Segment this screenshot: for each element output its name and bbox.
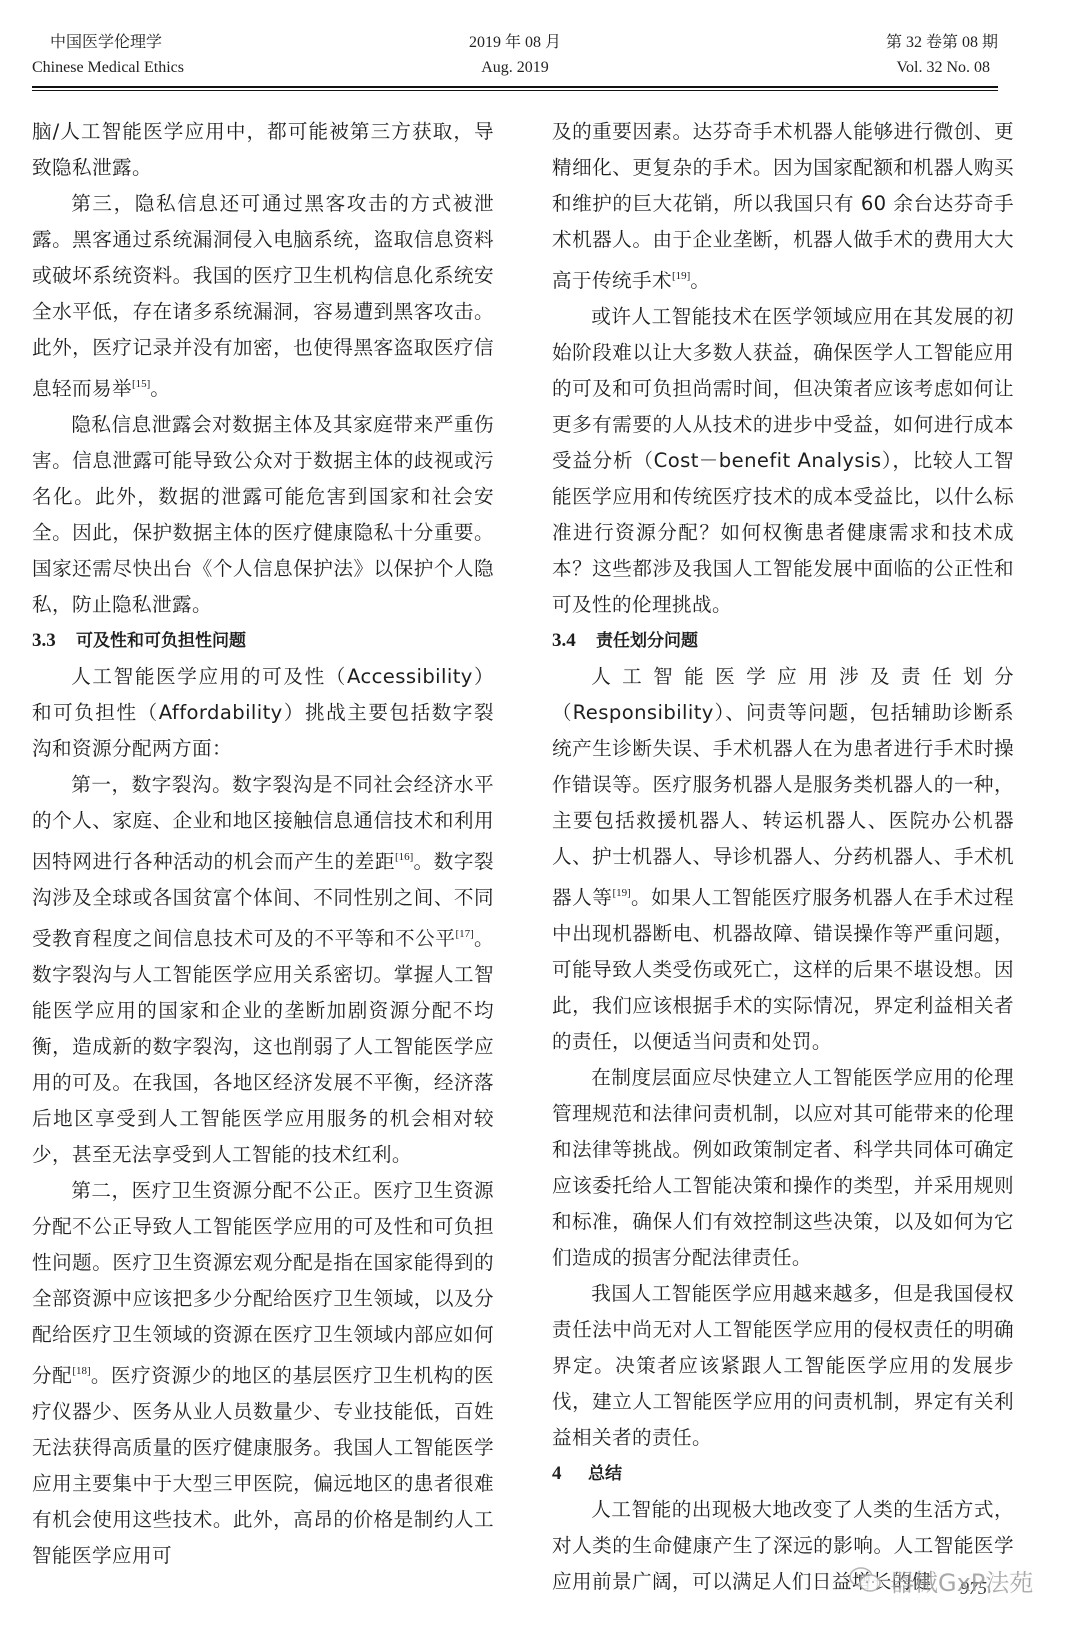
citation-ref[interactable]: [19] (672, 270, 690, 282)
wechat-icon (848, 1566, 882, 1594)
section-number: 3.4 (552, 623, 596, 659)
section-heading-4: 4总结 (552, 1456, 1014, 1492)
punctuation: 。 (690, 269, 710, 292)
paragraph: 隐私信息泄露会对数据主体及其家庭带来严重伤害。信息泄露可能导致公众对于数据主体的… (32, 407, 494, 623)
section-title: 责任划分问题 (596, 631, 698, 651)
header-rule-thin (32, 90, 998, 91)
paragraph-text: 人工智能医学应用涉及责任划分（Responsibility）、问责等问题，包括辅… (552, 665, 1014, 909)
paragraph-text: 。医疗资源少的地区的基层医疗卫生机构的医疗仪器少、医务从业人员数量少、专业技能低… (32, 1364, 494, 1567)
paragraph: 我国人工智能医学应用越来越多，但是我国侵权责任法中尚无对人工智能医学应用的侵权责… (552, 1276, 1014, 1456)
left-column: 脑/人工智能医学应用中，都可能被第三方获取，导致隐私泄露。 第三，隐私信息还可通… (32, 114, 494, 1574)
section-number: 4 (552, 1456, 588, 1492)
issue-date-en: Aug. 2019 (32, 55, 998, 80)
citation-ref[interactable]: [18] (72, 1365, 90, 1377)
right-column: 及的重要因素。达芬奇手术机器人能够进行微创、更精细化、更复杂的手术。因为国家配额… (552, 114, 1014, 1600)
paragraph: 人工智能医学应用的可及性（Accessibility）和可负担性（Afforda… (32, 659, 494, 767)
watermark: 器械GxP法苑 (848, 1560, 1033, 1600)
citation-ref[interactable]: [15] (132, 378, 150, 390)
volume-issue-en: Vol. 32 No. 08 (886, 55, 998, 80)
paragraph: 第一，数字裂沟。数字裂沟是不同社会经济水平的个人、家庭、企业和地区接触信息通信技… (32, 767, 494, 1173)
section-heading-3-4: 3.4责任划分问题 (552, 623, 1014, 659)
running-header: 中国医学伦理学 Chinese Medical Ethics 2019 年 08… (32, 30, 998, 88)
section-heading-3-3: 3.3可及性和可负担性问题 (32, 623, 494, 659)
paragraph-text: 及的重要因素。达芬奇手术机器人能够进行微创、更精细化、更复杂的手术。因为国家配额… (552, 120, 1014, 292)
volume-issue-cn: 第 32 卷第 08 期 (886, 30, 998, 55)
citation-ref[interactable]: [19] (613, 887, 631, 899)
paragraph: 第三，隐私信息还可通过黑客攻击的方式被泄露。黑客通过系统漏洞侵入电脑系统，盗取信… (32, 186, 494, 407)
header-rule-thick (32, 86, 998, 88)
citation-ref[interactable]: [17] (456, 928, 474, 940)
paragraph: 及的重要因素。达芬奇手术机器人能够进行微创、更精细化、更复杂的手术。因为国家配额… (552, 114, 1014, 299)
paragraph: 或许人工智能技术在医学领域应用在其发展的初始阶段难以让大多数人获益，确保医学人工… (552, 299, 1014, 623)
paragraph-text: 第二，医疗卫生资源分配不公正。医疗卫生资源分配不公正导致人工智能医学应用的可及性… (32, 1179, 494, 1387)
paragraph-text: 。数字裂沟与人工智能医学应用关系密切。掌握人工智能医学应用的国家和企业的垄断加剧… (32, 927, 494, 1166)
citation-ref[interactable]: [16] (395, 851, 413, 863)
section-title: 总结 (588, 1464, 622, 1484)
section-number: 3.3 (32, 623, 76, 659)
section-title: 可及性和可负担性问题 (76, 631, 246, 651)
watermark-text: 器械GxP法苑 (890, 1563, 1033, 1598)
paragraph-text: 。如果人工智能医疗服务机器人在手术过程中出现机器断电、机器故障、错误操作等严重问… (552, 886, 1014, 1053)
paragraph: 在制度层面应尽快建立人工智能医学应用的伦理管理规范和法律问责机制，以应对其可能带… (552, 1060, 1014, 1276)
paragraph: 第二，医疗卫生资源分配不公正。医疗卫生资源分配不公正导致人工智能医学应用的可及性… (32, 1173, 494, 1574)
paragraph: 脑/人工智能医学应用中，都可能被第三方获取，导致隐私泄露。 (32, 114, 494, 186)
volume-issue: 第 32 卷第 08 期 Vol. 32 No. 08 (886, 30, 998, 80)
issue-date: 2019 年 08 月 Aug. 2019 (32, 30, 998, 80)
paragraph-text: 第三，隐私信息还可通过黑客攻击的方式被泄露。黑客通过系统漏洞侵入电脑系统，盗取信… (32, 192, 494, 400)
issue-date-cn: 2019 年 08 月 (32, 30, 998, 55)
paragraph: 人工智能医学应用涉及责任划分（Responsibility）、问责等问题，包括辅… (552, 659, 1014, 1060)
punctuation: 。 (150, 377, 170, 400)
